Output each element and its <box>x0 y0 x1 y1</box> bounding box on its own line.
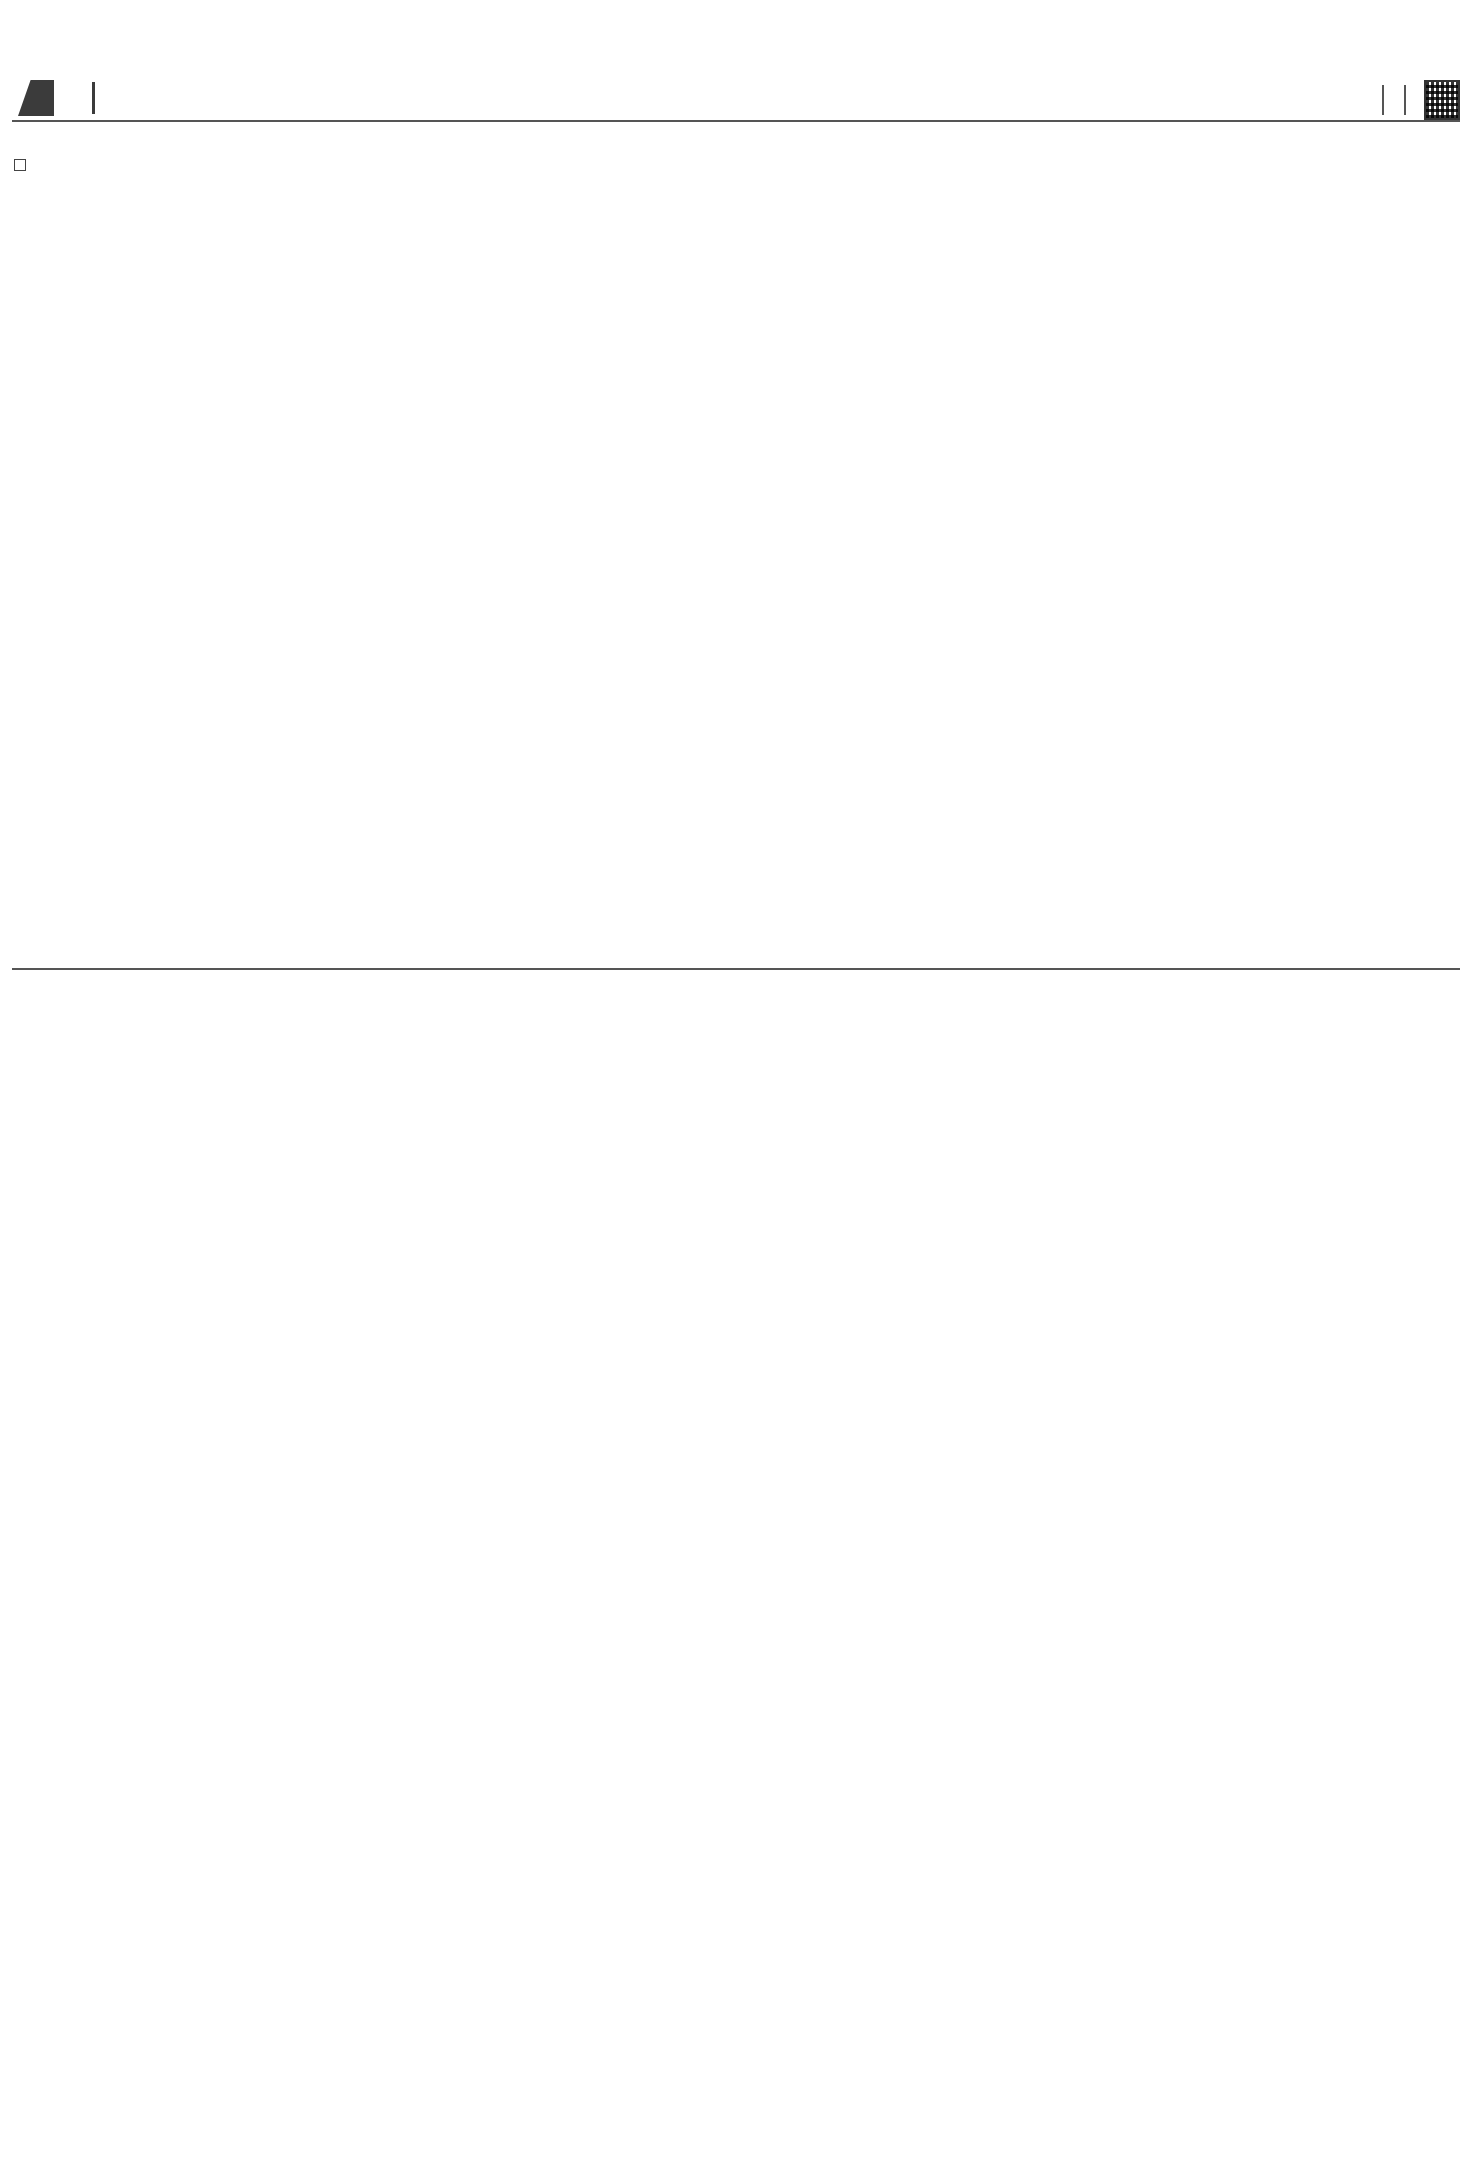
header-divider <box>92 82 95 114</box>
header-separator <box>1382 85 1384 115</box>
article-divider <box>12 968 1460 970</box>
page-number-block <box>18 78 98 118</box>
page-marker-icon <box>18 80 54 116</box>
page-header <box>12 78 1460 120</box>
header-right <box>1358 80 1460 120</box>
qr-code-icon[interactable] <box>1424 80 1460 120</box>
header-separator <box>1404 85 1406 115</box>
header-rule <box>12 120 1460 122</box>
byline-box-icon <box>14 159 26 171</box>
author-byline <box>14 158 32 174</box>
